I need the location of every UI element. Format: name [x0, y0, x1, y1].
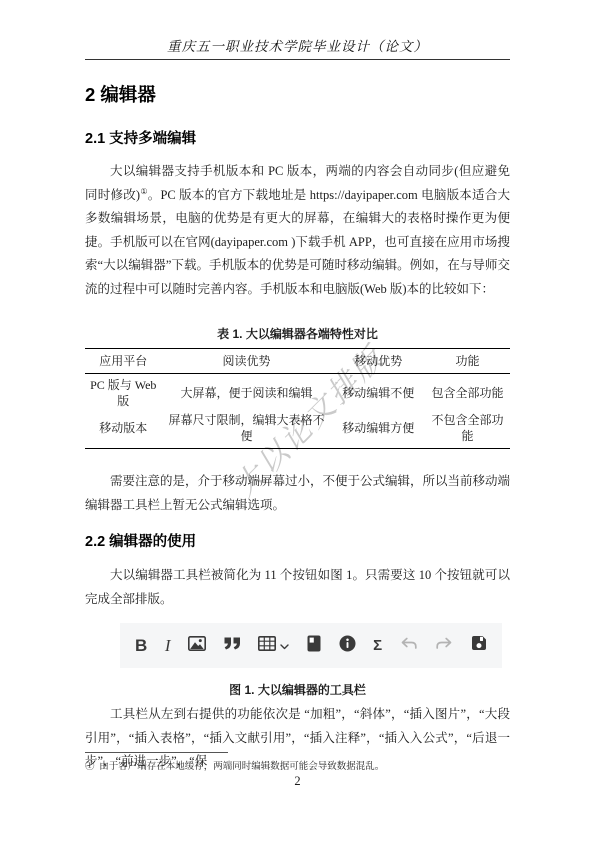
- insert-annotation-button[interactable]: [339, 635, 356, 657]
- table-icon: [258, 636, 276, 656]
- blockquote-button[interactable]: [224, 637, 241, 655]
- chapter-heading: 2 编辑器: [85, 81, 510, 107]
- italic-icon: I: [165, 636, 171, 656]
- bold-button[interactable]: B: [135, 636, 147, 656]
- footnote-body: 由于客户端存在本地缓存，两端同时编辑数据可能会导致数据混乱。: [99, 762, 384, 772]
- paragraph-text: 。PC 版本的官方下载地址是 https://dayipaper.com 电脑版…: [85, 188, 510, 296]
- column-header-mobility: 移动优势: [332, 349, 426, 374]
- insert-image-button[interactable]: [188, 636, 206, 656]
- footnote-reference-mark: ①: [140, 186, 148, 195]
- table-row: 移动版本 屏幕尺寸限制，编辑大表格不便 移动编辑方便 不包含全部功能: [85, 411, 510, 449]
- cell-platform: PC 版与 Web 版: [85, 374, 162, 412]
- save-icon: [471, 635, 487, 656]
- footnote-text: ① 由于客户端存在本地缓存，两端同时编辑数据可能会导致数据混乱。: [85, 758, 510, 772]
- redo-button[interactable]: [435, 637, 453, 655]
- paragraph-formula-note: 需要注意的是，介于移动端屏幕过小，不便于公式编辑，所以当前移动端编辑器工具栏上暂…: [85, 470, 510, 517]
- column-header-reading: 阅读优势: [162, 349, 332, 374]
- paragraph-multi-device: 大以编辑器支持手机版本和 PC 版本，两端的内容会自动同步(但应避免同时修改)①…: [85, 160, 510, 301]
- figure-caption: 图 1. 大以编辑器的工具栏: [85, 681, 510, 698]
- column-header-features: 功能: [425, 349, 510, 374]
- cell-platform: 移动版本: [85, 411, 162, 449]
- cell-reading: 屏幕尺寸限制，编辑大表格不便: [162, 411, 332, 449]
- footnote-divider: [85, 752, 228, 753]
- paragraph-toolbar-intro: 大以编辑器工具栏被简化为 11 个按钮如图 1。只需要这 10 个按钮就可以完成…: [85, 564, 510, 611]
- info-icon: [339, 635, 356, 657]
- cell-mobility: 移动编辑方便: [332, 411, 426, 449]
- insert-citation-button[interactable]: [307, 635, 321, 657]
- sigma-icon: Σ: [373, 637, 382, 654]
- table-row: PC 版与 Web 版 大屏幕，便于阅读和编辑 移动编辑不便 包含全部功能: [85, 374, 510, 412]
- bold-icon: B: [135, 636, 147, 656]
- save-button[interactable]: [471, 635, 487, 656]
- italic-button[interactable]: I: [165, 636, 171, 656]
- running-header: 重庆五一职业技术学院毕业设计（论文）: [85, 0, 510, 55]
- column-header-platform: 应用平台: [85, 349, 162, 374]
- cell-features: 不包含全部功能: [425, 411, 510, 449]
- cell-features: 包含全部功能: [425, 374, 510, 412]
- cell-reading: 大屏幕，便于阅读和编辑: [162, 374, 332, 412]
- cell-mobility: 移动编辑不便: [332, 374, 426, 412]
- footnote-area: ① 由于客户端存在本地缓存，两端同时编辑数据可能会导致数据混乱。: [85, 752, 510, 772]
- header-divider: [85, 59, 510, 60]
- toolbar-screenshot: B I Σ: [120, 623, 502, 668]
- redo-icon: [435, 637, 453, 655]
- undo-icon: [400, 637, 418, 655]
- image-icon: [188, 636, 206, 656]
- section-heading-2-2: 2.2 编辑器的使用: [85, 530, 510, 551]
- page-number: 2: [0, 774, 595, 789]
- undo-button[interactable]: [400, 637, 418, 655]
- quote-icon: [224, 637, 241, 655]
- comparison-table: 应用平台 阅读优势 移动优势 功能 PC 版与 Web 版 大屏幕，便于阅读和编…: [85, 348, 510, 449]
- insert-formula-button[interactable]: Σ: [373, 637, 382, 654]
- section-heading-2-1: 2.1 支持多端编辑: [85, 127, 510, 148]
- citation-icon: [307, 635, 321, 657]
- footnote-marker: ①: [85, 762, 95, 772]
- table-header-row: 应用平台 阅读优势 移动优势 功能: [85, 349, 510, 374]
- insert-table-button[interactable]: [258, 636, 289, 656]
- document-page: 大以论文排版 重庆五一职业技术学院毕业设计（论文） 2 编辑器 2.1 支持多端…: [0, 0, 595, 842]
- chevron-down-icon: [280, 637, 289, 655]
- table-caption: 表 1. 大以编辑器各端特性对比: [85, 325, 510, 342]
